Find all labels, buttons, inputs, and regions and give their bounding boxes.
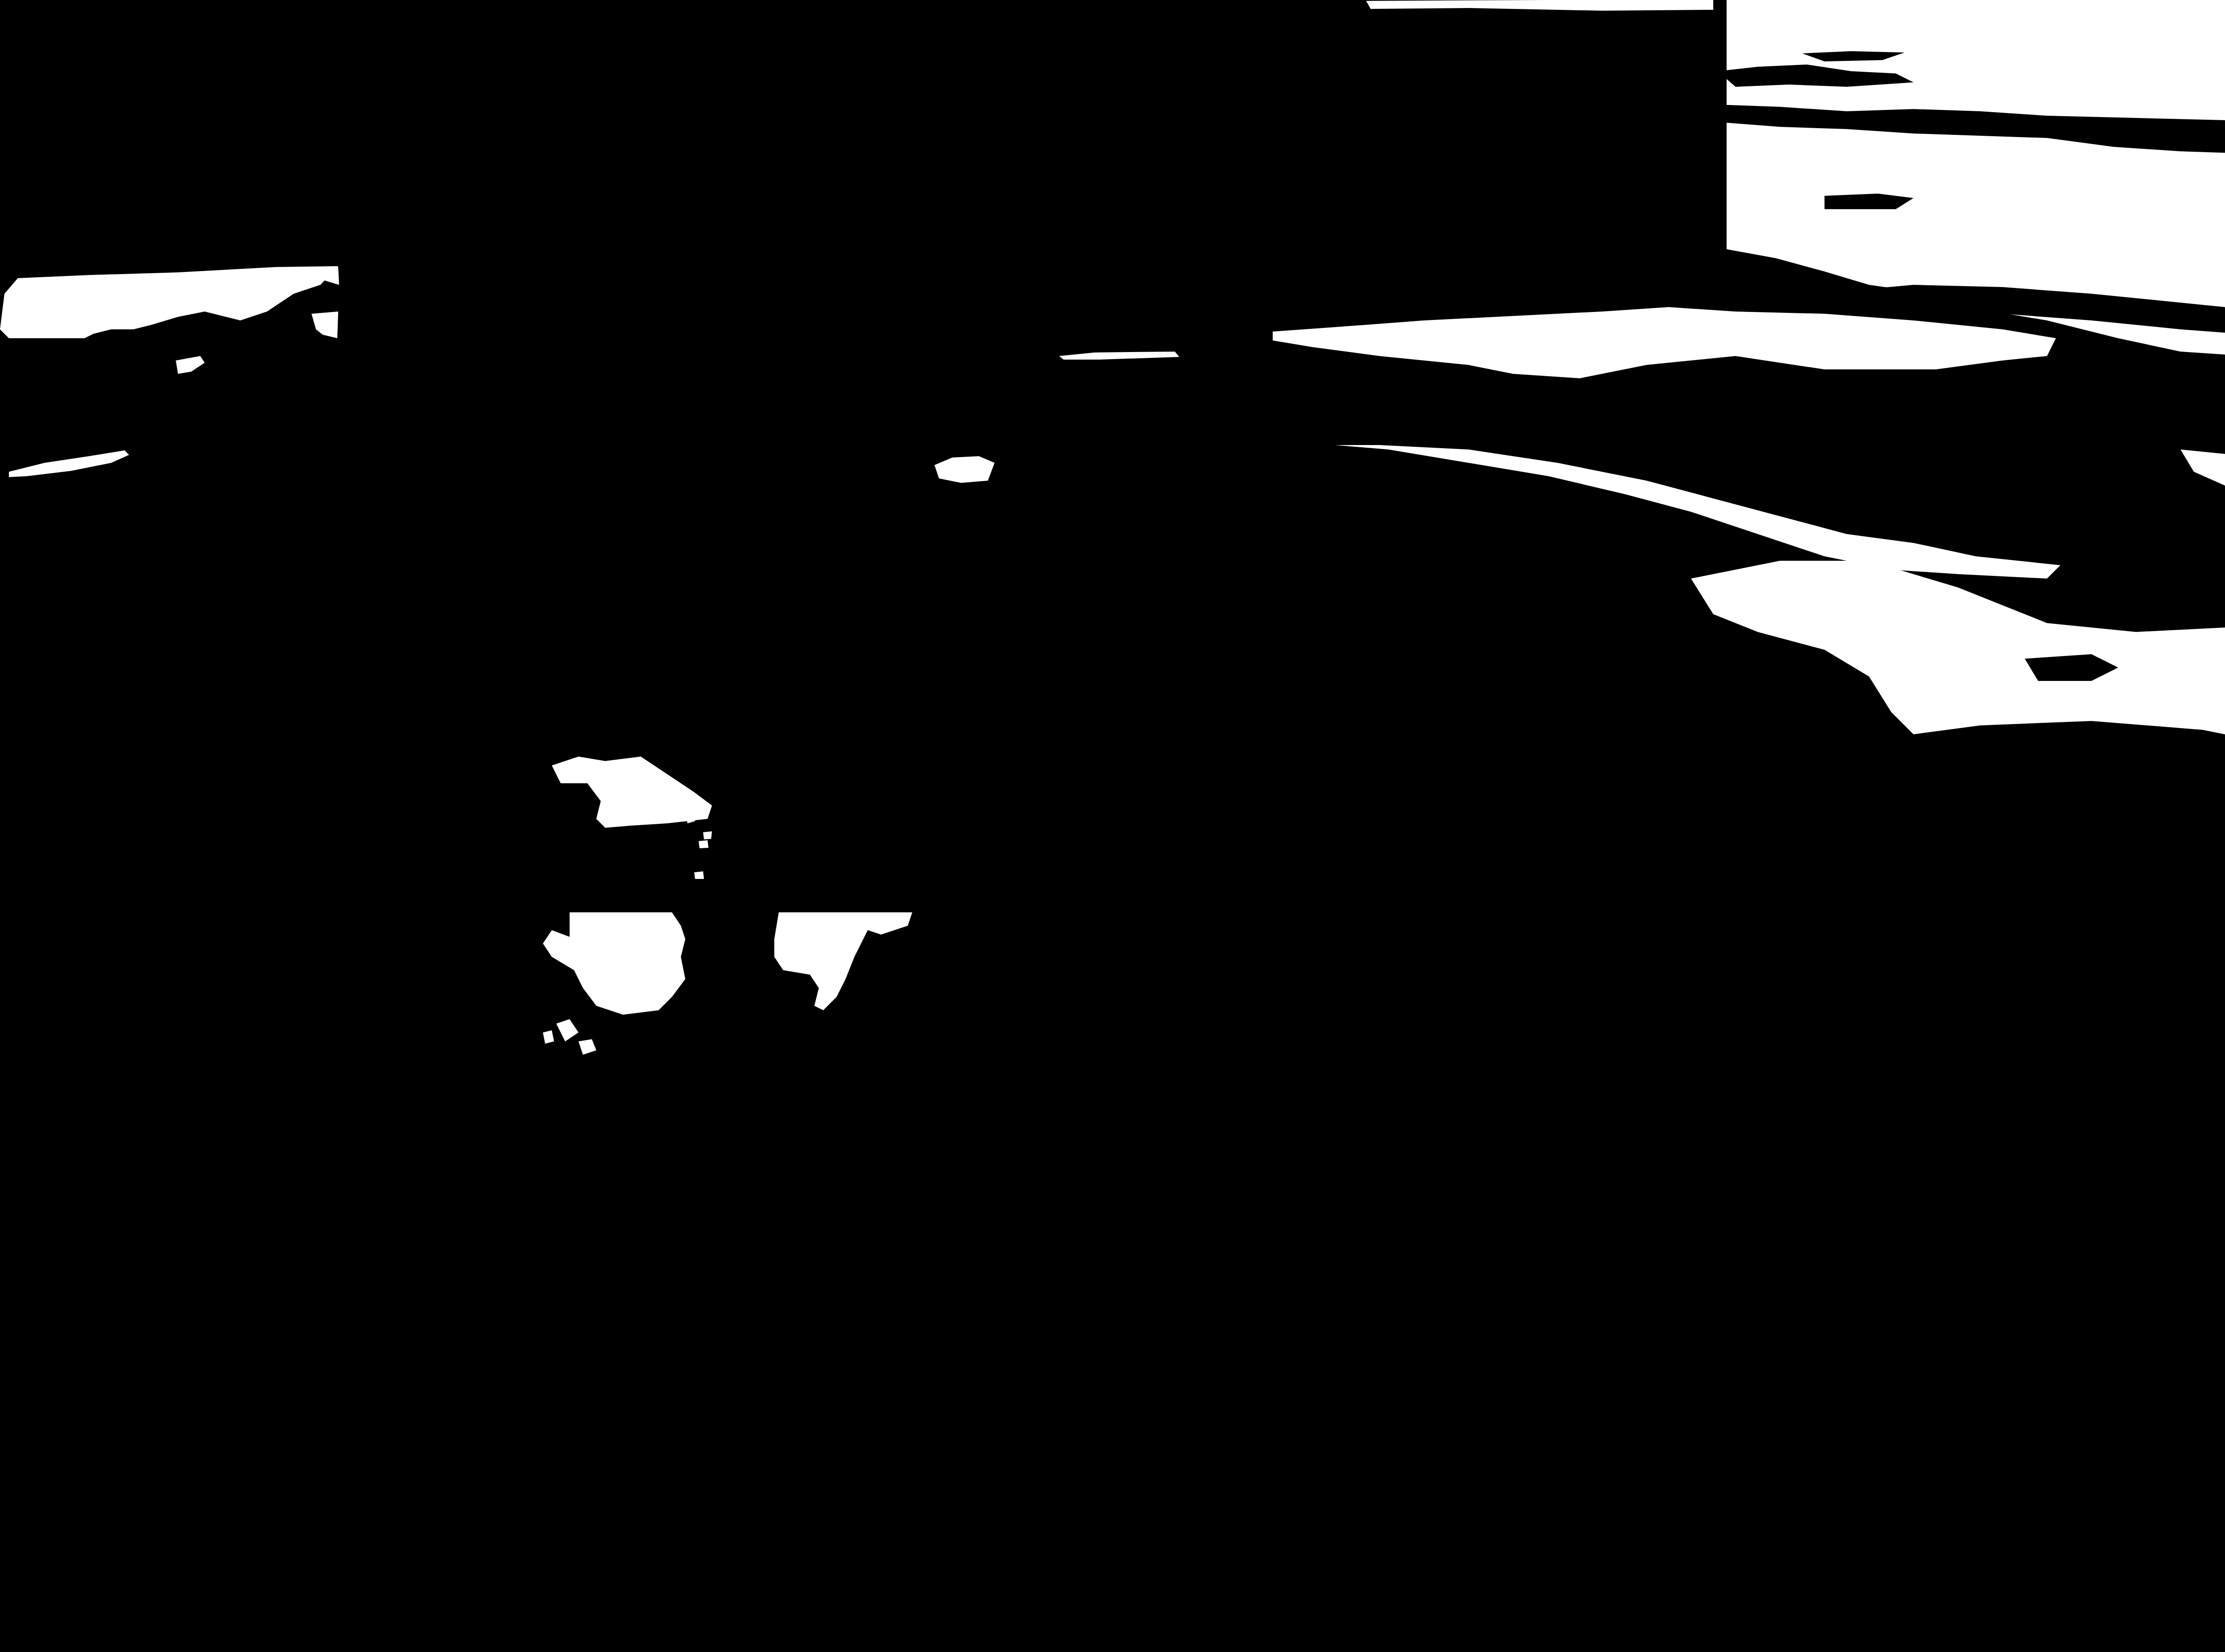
thresholded-photo <box>0 0 2225 1652</box>
